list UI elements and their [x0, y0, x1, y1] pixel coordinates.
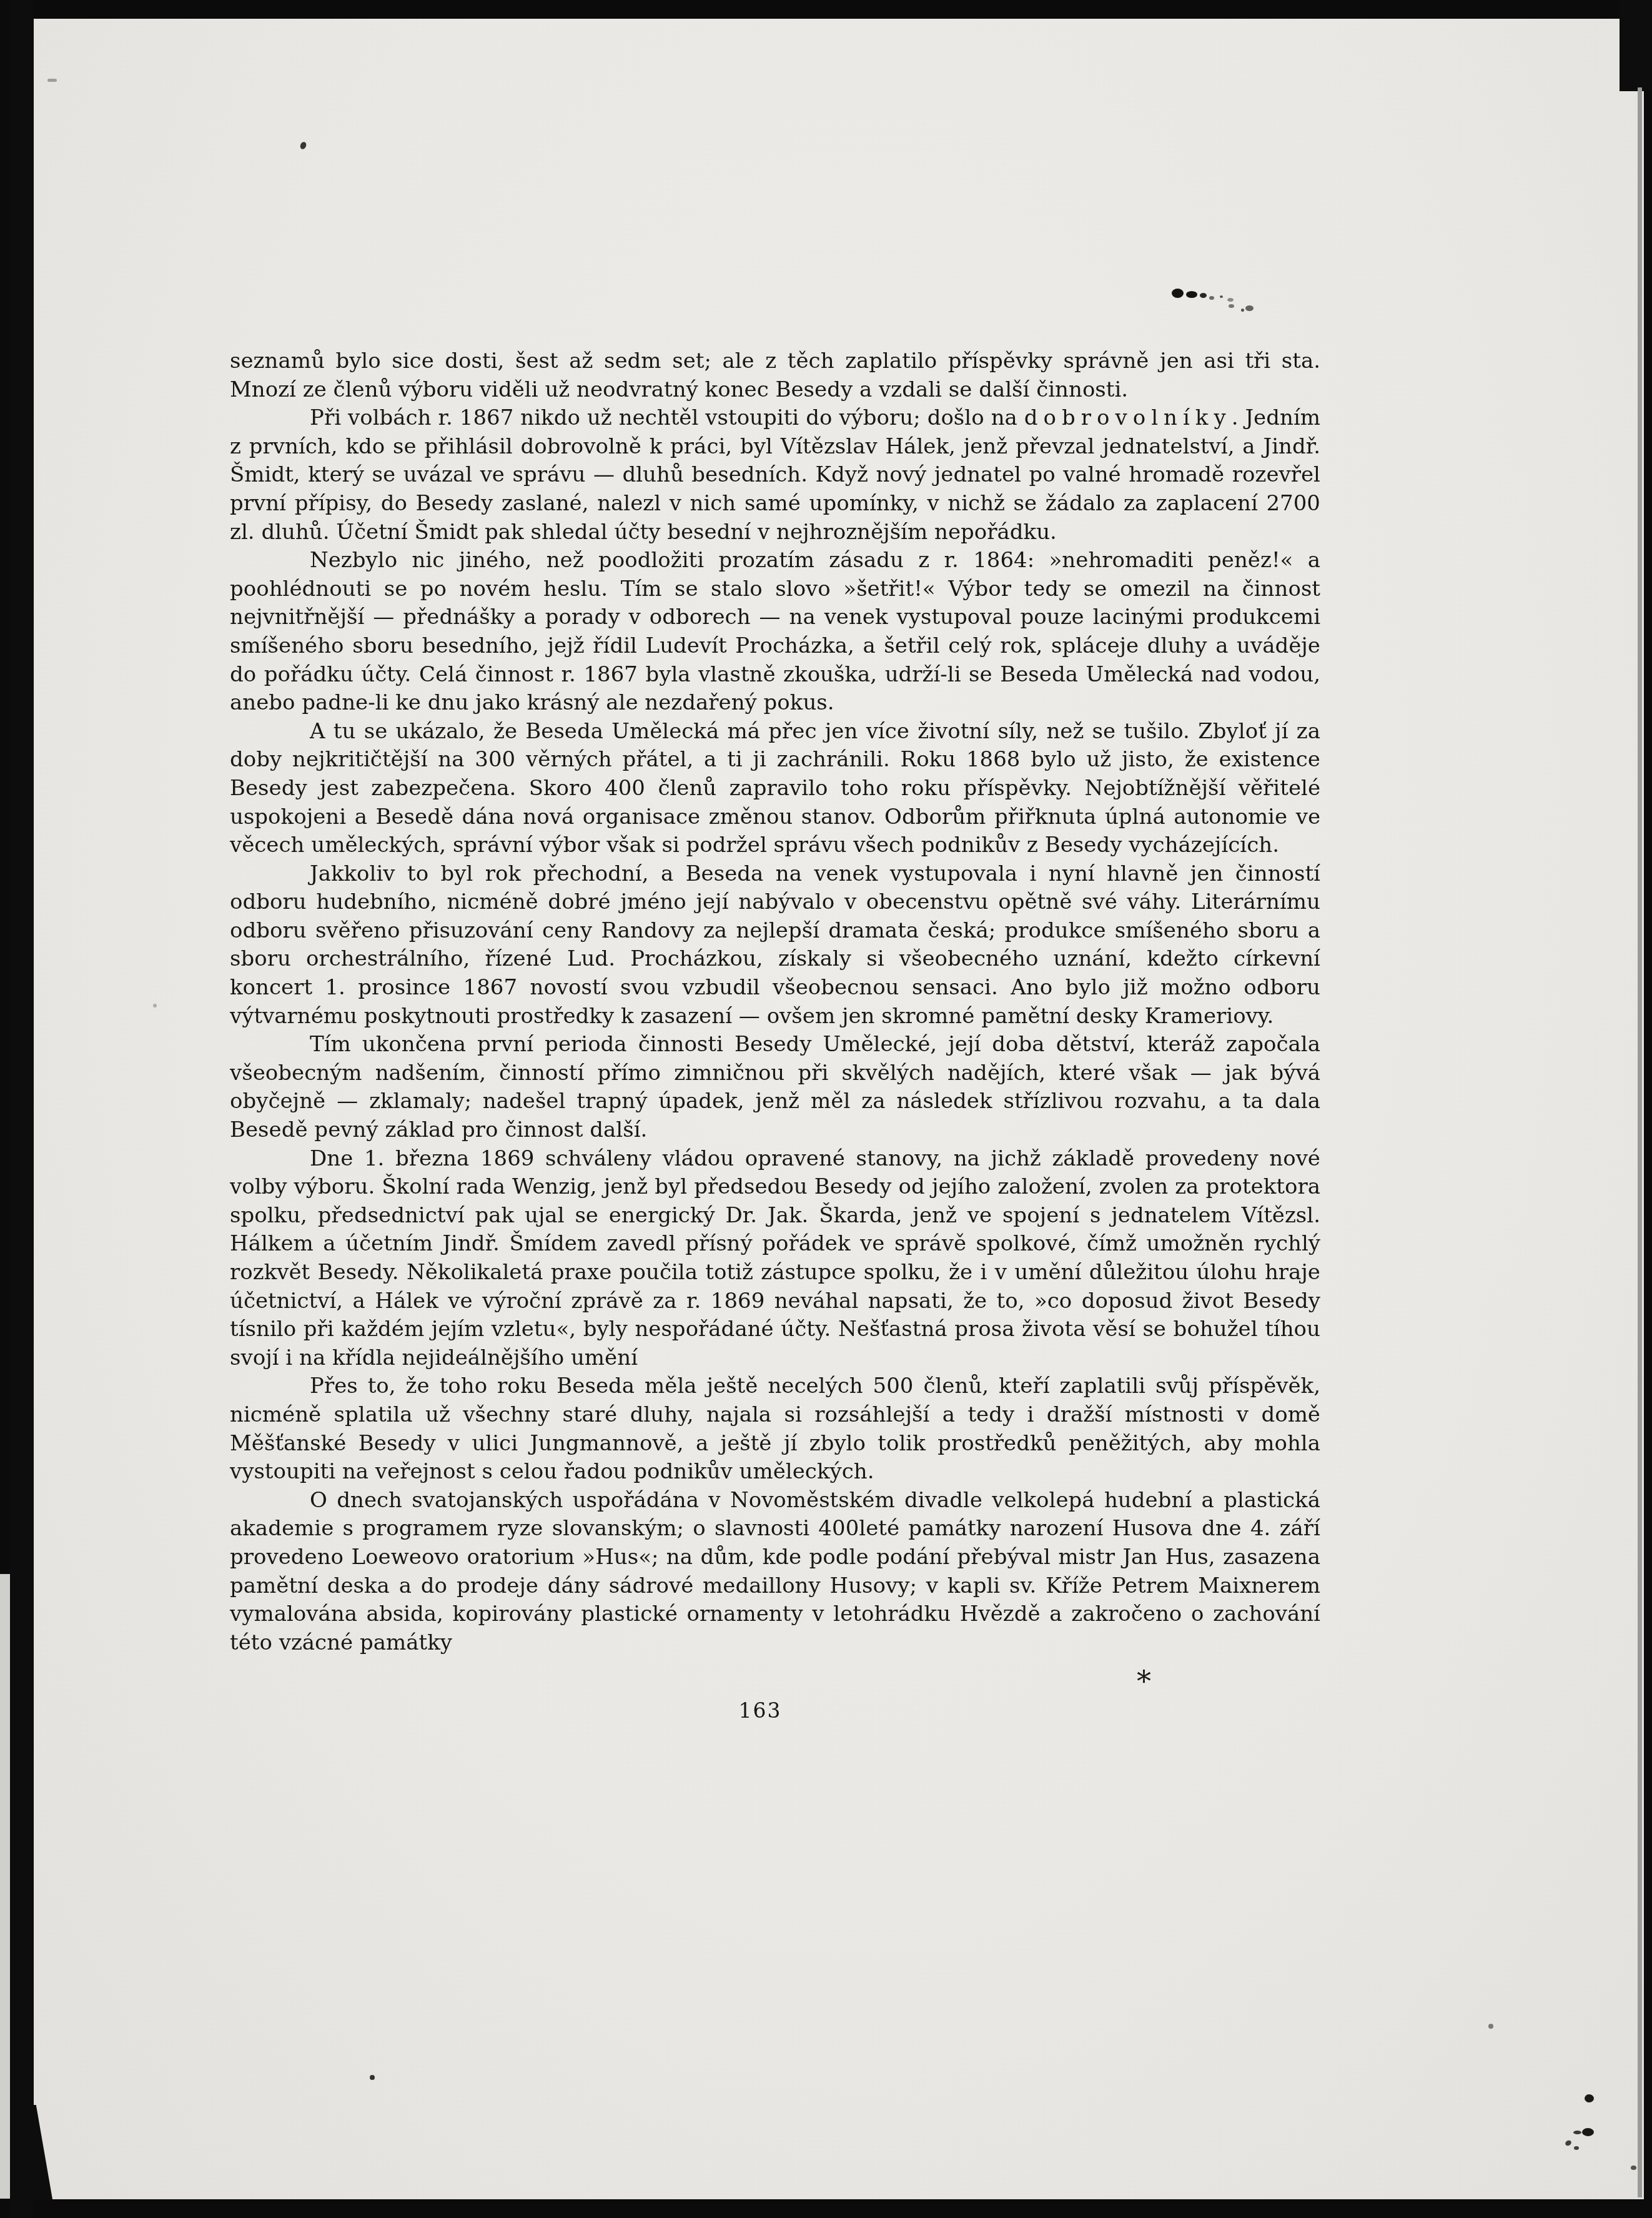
- paragraph: Nezbylo nic jiného, než poodložiti proza…: [230, 547, 1320, 718]
- ink-smudge: [1220, 295, 1223, 298]
- ink-smudge: [1172, 289, 1184, 298]
- text-segment: Při volbách r. 1867 nikdo už nechtěl vst…: [310, 405, 1024, 430]
- ink-smudge: [1245, 305, 1254, 311]
- ink-blot: [1585, 2094, 1594, 2102]
- footnote-asterisk: *: [230, 1667, 1320, 1696]
- paragraph: O dnech svatojanských uspořádána v Novom…: [230, 1487, 1320, 1658]
- text-segment: Tím ukončena první perioda činnosti Bese…: [230, 1032, 1320, 1142]
- scan-speck: [370, 2075, 375, 2080]
- scanned-book-page: { "page": { "number": "163", "footnote_m…: [0, 0, 1652, 2218]
- text-segment: O dnech svatojanských uspořádána v Novom…: [230, 1488, 1320, 1655]
- ink-smudge: [1241, 309, 1244, 312]
- ink-blot: [1573, 2131, 1581, 2134]
- text-segment: Jakkoliv to byl rok přechodní, a Beseda …: [230, 861, 1320, 1029]
- text-segment: Nezbylo nic jiného, než poodložiti proza…: [230, 548, 1320, 715]
- text-segment: dobrovolníky: [1024, 405, 1232, 430]
- paragraph: Přes to, že toho roku Beseda měla ještě …: [230, 1372, 1320, 1486]
- scan-speck: [153, 1004, 157, 1008]
- ink-smudge: [1209, 296, 1214, 300]
- paragraph: Jakkoliv to byl rok přechodní, a Beseda …: [230, 860, 1320, 1031]
- ink-smudge: [1229, 304, 1234, 308]
- scan-speck: [1488, 2024, 1493, 2029]
- page-edge-line: [1638, 87, 1642, 2197]
- text-segment: seznamů bylo sice dosti, šest až sedm se…: [230, 349, 1320, 402]
- paragraph: Tím ukončena první perioda činnosti Bese…: [230, 1031, 1320, 1144]
- paragraphs-container: seznamů bylo sice dosti, šest až sedm se…: [230, 347, 1320, 1657]
- paragraph: A tu se ukázalo, že Beseda Umělecká má p…: [230, 718, 1320, 860]
- paragraph: seznamů bylo sice dosti, šest až sedm se…: [230, 347, 1320, 404]
- ink-smudge: [1186, 291, 1197, 298]
- text-segment: A tu se ukázalo, že Beseda Umělecká má p…: [230, 719, 1320, 858]
- ink-blot: [1574, 2146, 1579, 2150]
- page-number: 163: [215, 1697, 1305, 1725]
- scan-corner-shadow: [1620, 0, 1652, 91]
- ink-smudge: [1227, 298, 1234, 302]
- ink-smudge: [1200, 293, 1207, 298]
- scan-speck: [1631, 2166, 1636, 2170]
- scan-left-edge: [0, 1574, 10, 2199]
- text-segment: Dne 1. března 1869 schváleny vládou opra…: [230, 1146, 1320, 1370]
- ink-blot: [1582, 2128, 1594, 2136]
- paragraph: Při volbách r. 1867 nikdo už nechtěl vst…: [230, 404, 1320, 547]
- book-gutter-shadow: [10, 0, 34, 2218]
- paragraph: Dne 1. března 1869 schváleny vládou opra…: [230, 1145, 1320, 1373]
- scan-speck: [47, 79, 57, 82]
- page-text: seznamů bylo sice dosti, šest až sedm se…: [230, 347, 1320, 1725]
- text-segment: Přes to, že toho roku Beseda měla ještě …: [230, 1374, 1320, 1484]
